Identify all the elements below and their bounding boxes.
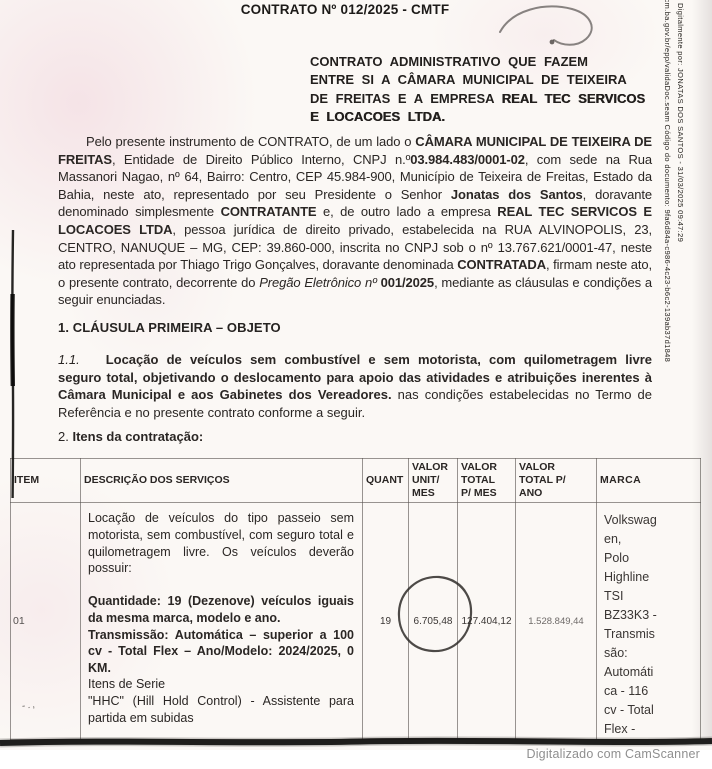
contract-subject-block: CONTRATO ADMINISTRATIVO QUE FAZEMENTRE S…	[310, 53, 660, 126]
clause-1-heading: 1. CLÁUSULA PRIMEIRA – OBJETO	[58, 320, 281, 335]
service-description-text: Locação de veículos do tipo passeio sem …	[88, 510, 354, 726]
signature-strip-line-2: tcm.ba.gov.br/epp/validaDoc.seam Código …	[661, 0, 674, 482]
items-heading: 2. Itens da contratação:	[58, 429, 203, 444]
item-row-01: 01 Locação de veículos do tipo passeio s…	[11, 503, 701, 740]
col-header-valor-unit-mes: VALOR UNIT/ MES	[409, 459, 458, 503]
marca-text: Volkswag en, Polo Highline TSI BZ33K3 - …	[604, 511, 698, 739]
hand-drawn-circle-annotation	[392, 570, 480, 658]
cell-marca: Volkswag en, Polo Highline TSI BZ33K3 - …	[597, 503, 701, 740]
scan-edge-artifact	[8, 228, 18, 500]
cell-valor-total-ano: 1.528.849,44	[516, 503, 597, 740]
items-table-header-row: ITEM DESCRIÇÃO DOS SERVIÇOS QUANT VALOR …	[11, 459, 701, 503]
digital-signature-strip: o Digitalmente por: JONATAS DOS SANTOS -…	[661, 0, 687, 482]
items-table: ITEM DESCRIÇÃO DOS SERVIÇOS QUANT VALOR …	[10, 458, 701, 740]
scanned-contract-page: CONTRATO Nº 012/2025 - CMTF CONTRATO ADM…	[0, 0, 712, 750]
clause-1-1-paragraph: 1.1.Locação de veículos sem combustível …	[58, 351, 652, 421]
signature-strip-line-1: o Digitalmente por: JONATAS DOS SANTOS -…	[674, 0, 687, 482]
col-header-descricao: DESCRIÇÃO DOS SERVIÇOS	[81, 459, 363, 503]
col-header-valor-total-ano: VALOR TOTAL P/ ANO	[516, 459, 597, 503]
clause-1-1-number: 1.1.	[58, 352, 80, 367]
contract-intro-paragraph: Pelo presente instrumento de CONTRATO, d…	[58, 133, 652, 309]
cell-description: Locação de veículos do tipo passeio sem …	[81, 503, 363, 740]
col-header-item: ITEM	[11, 459, 81, 503]
ink-speck: -.,	[21, 699, 37, 712]
col-header-valor-total-mes: VALOR TOTAL P/ MES	[458, 459, 516, 503]
camscanner-credit: Digitalizado com CamScanner	[526, 747, 700, 761]
clause-1-1-text: Locação de veículos sem combustível e se…	[58, 352, 652, 420]
col-header-quant: QUANT	[363, 459, 409, 503]
